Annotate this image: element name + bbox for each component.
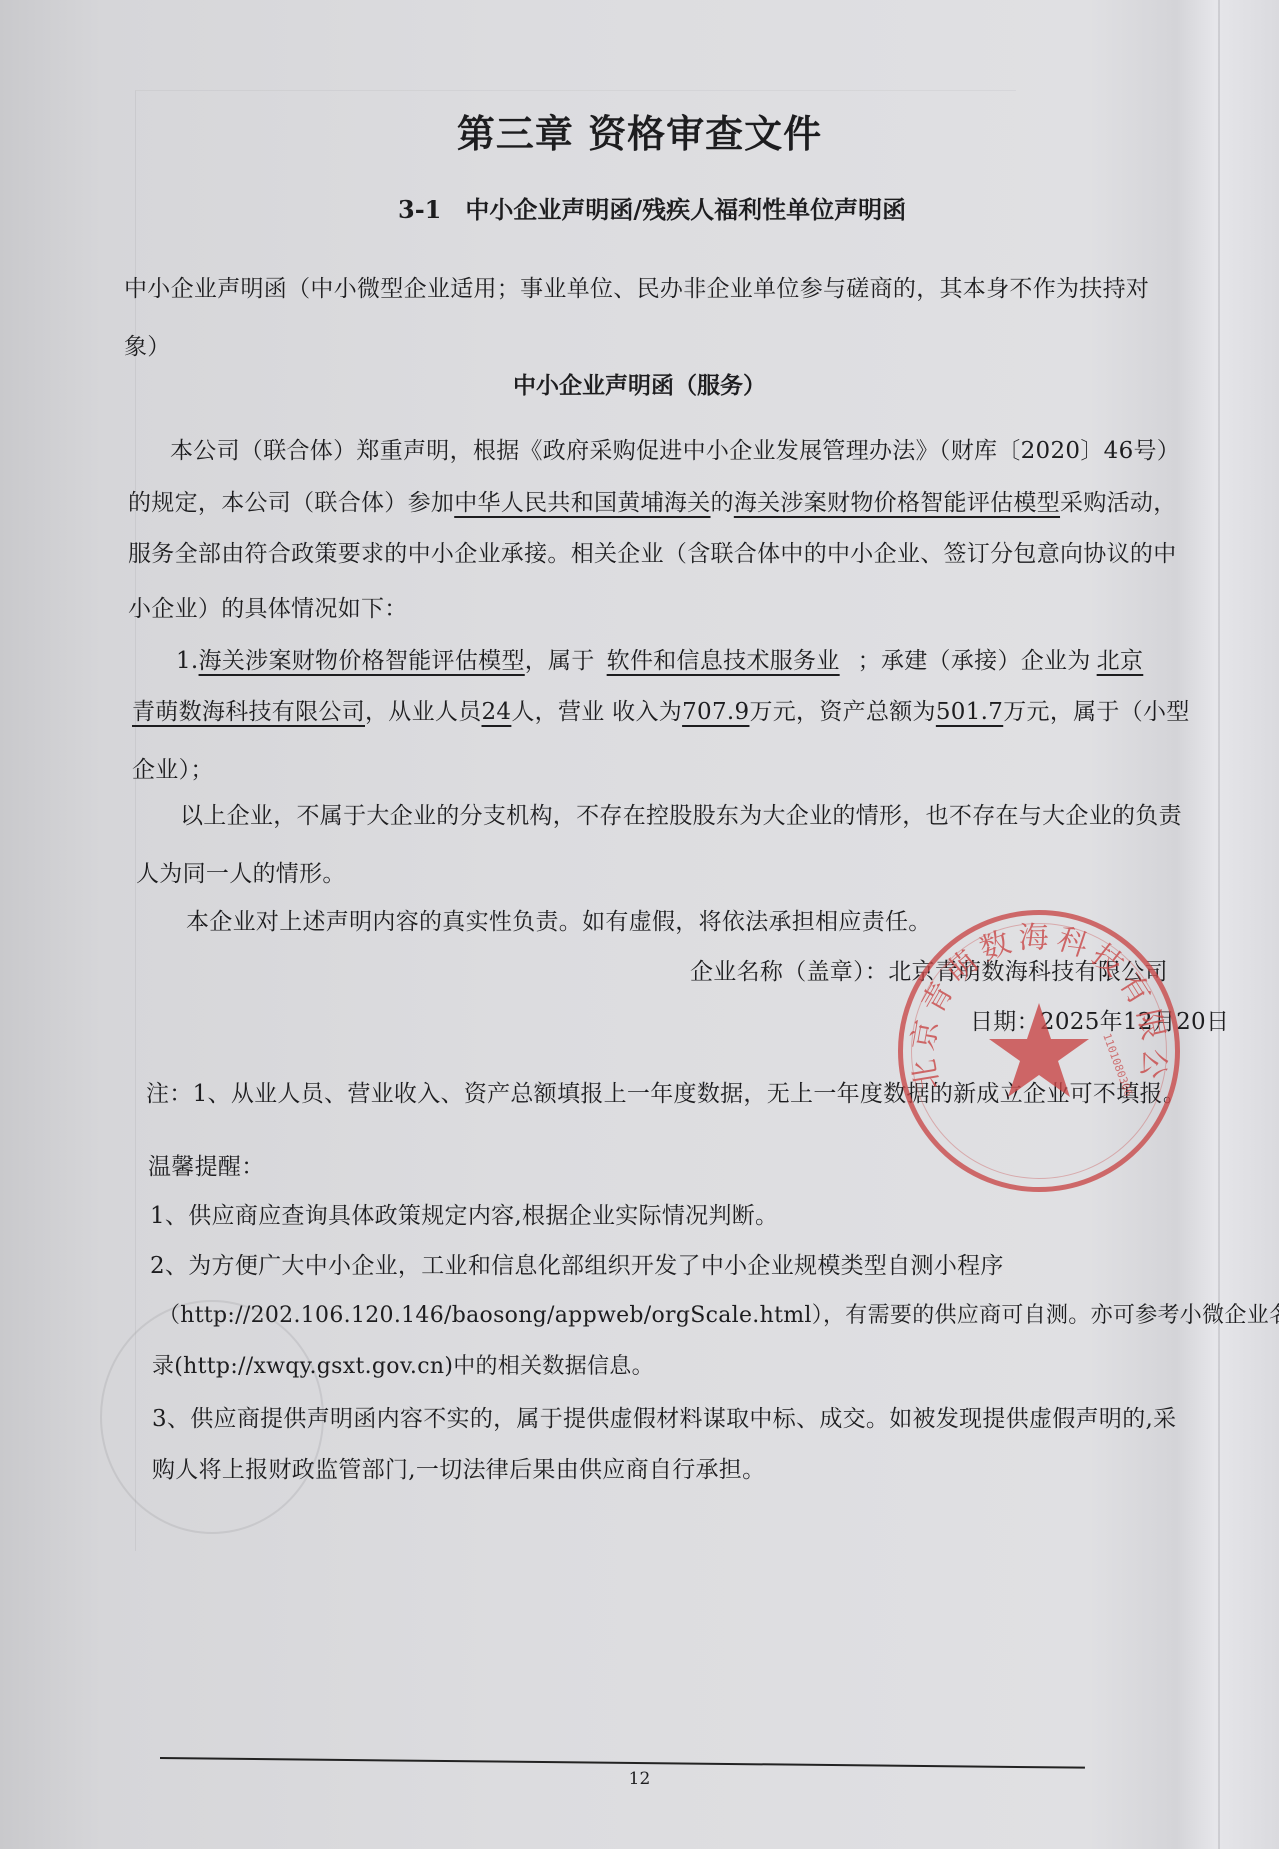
page-number: 12 [0,1769,1279,1789]
revenue-label: 人，营业 收入为 [511,699,682,725]
paragraph3: 本企业对上述声明内容的真实性负责。如有虚假，将依法承担相应责任。 [186,903,932,936]
document-page: 第三章 资格审查文件 3-1 中小企业声明函/残疾人福利性单位声明函 中小企业声… [0,0,1279,1849]
employees-value: 24 [482,699,512,725]
paragraph1-line2: 的规定，本公司（联合体）参加中华人民共和国黄埔海关的海关涉案财物价格智能评估模型… [128,484,1177,517]
employees-label: ，从业人员 [365,699,482,725]
company-name-part1: 北京 [1091,648,1144,674]
signature-company: 企业名称（盖章）：北京青萌数海科技有限公司 [690,953,1168,986]
item1-number: 1. [176,648,199,674]
intro-line-2: 象） [124,328,171,361]
company-name: 北京青萌数海科技有限公司 [888,959,1168,985]
footer-rule [160,1757,1085,1769]
p1-suffix: 采购活动， [1060,490,1177,516]
reminder-title: 温馨提醒： [148,1148,265,1181]
date-label: 日期： [970,1009,1040,1035]
reminder-item-3-line2: 购人将上报财政监管部门,一切法律后果由供应商自行承担。 [152,1451,765,1484]
reminder-item-2-line3: 录(http://xwqy.gsxt.gov.cn)中的相关数据信息。 [152,1349,654,1380]
project-name: 海关涉案财物价格智能评估模型 [734,490,1060,516]
industry-name: 软件和信息技术服务业 [595,648,858,674]
item1-line1: 1.海关涉案财物价格智能评估模型，属于软件和信息技术服务业；承建（承接）企业为北… [176,642,1143,675]
item1-line3: 企业）； [132,751,214,784]
item1-line2: 青萌数海科技有限公司，从业人员24人，营业 收入为707.9万元，资产总额为50… [132,693,1190,726]
service-name: 海关涉案财物价格智能评估模型 [199,648,525,674]
reminder-item-3-line1: 3、供应商提供声明函内容不实的，属于提供虚假材料谋取中标、成交。如被发现提供虚假… [152,1400,1176,1433]
assets-label: 万元，资产总额为 [749,699,935,725]
intro-line-1: 中小企业声明函（中小微型企业适用；事业单位、民办非企业单位参与磋商的，其本身不作… [124,270,1149,303]
chapter-title: 第三章 资格审查文件 [0,103,1279,158]
date-value: 2025年12月20日 [1040,1009,1229,1035]
company-label: 企业名称（盖章）： [690,959,888,985]
paragraph1-line3: 服务全部由符合政策要求的中小企业承接。相关企业（含联合体中的中小企业、签订分包意… [128,535,1177,568]
paragraph2-line2: 人为同一人的情形。 [136,855,346,888]
contractor-label: ；承建（承接）企业为 [858,648,1091,674]
p1-mid: 的 [711,490,734,516]
paragraph1-line1: 本公司（联合体）郑重声明，根据《政府采购促进中小企业发展管理办法》（财库〔202… [170,432,1180,465]
purchaser-name: 中华人民共和国黄埔海关 [454,490,710,516]
reminder-item-2-line1: 2、为方便广大中小企业，工业和信息化部组织开发了中小企业规模类型自测小程序 [150,1247,1004,1280]
assets-value: 501.7 [936,699,1003,725]
revenue-value: 707.9 [682,699,749,725]
paragraph1-line4: 小企业）的具体情况如下： [128,590,408,623]
company-name-part2: 青萌数海科技有限公司 [132,699,365,725]
signature-date: 日期：2025年12月20日 [970,1003,1229,1036]
note: 注：1、从业人员、营业收入、资产总额填报上一年度数据，无上一年度数据的新成立企业… [146,1075,1186,1108]
section-title: 3-1 中小企业声明函/残疾人福利性单位声明函 [398,190,906,225]
paragraph2-line1: 以上企业，不属于大企业的分支机构，不存在控股股东为大企业的情形，也不存在与大企业… [180,797,1182,830]
p1-prefix: 的规定，本公司（联合体）参加 [128,490,454,516]
type-label: 万元，属于（小型 [1003,699,1189,725]
declaration-heading: 中小企业声明函（服务） [0,367,1279,400]
reminder-item-1: 1、供应商应查询具体政策规定内容,根据企业实际情况判断。 [150,1197,778,1230]
page-edge [1218,0,1220,1849]
reminder-item-2-line2: （http://202.106.120.146/baosong/appweb/o… [158,1298,1279,1329]
belongs-label: ，属于 [525,648,595,674]
